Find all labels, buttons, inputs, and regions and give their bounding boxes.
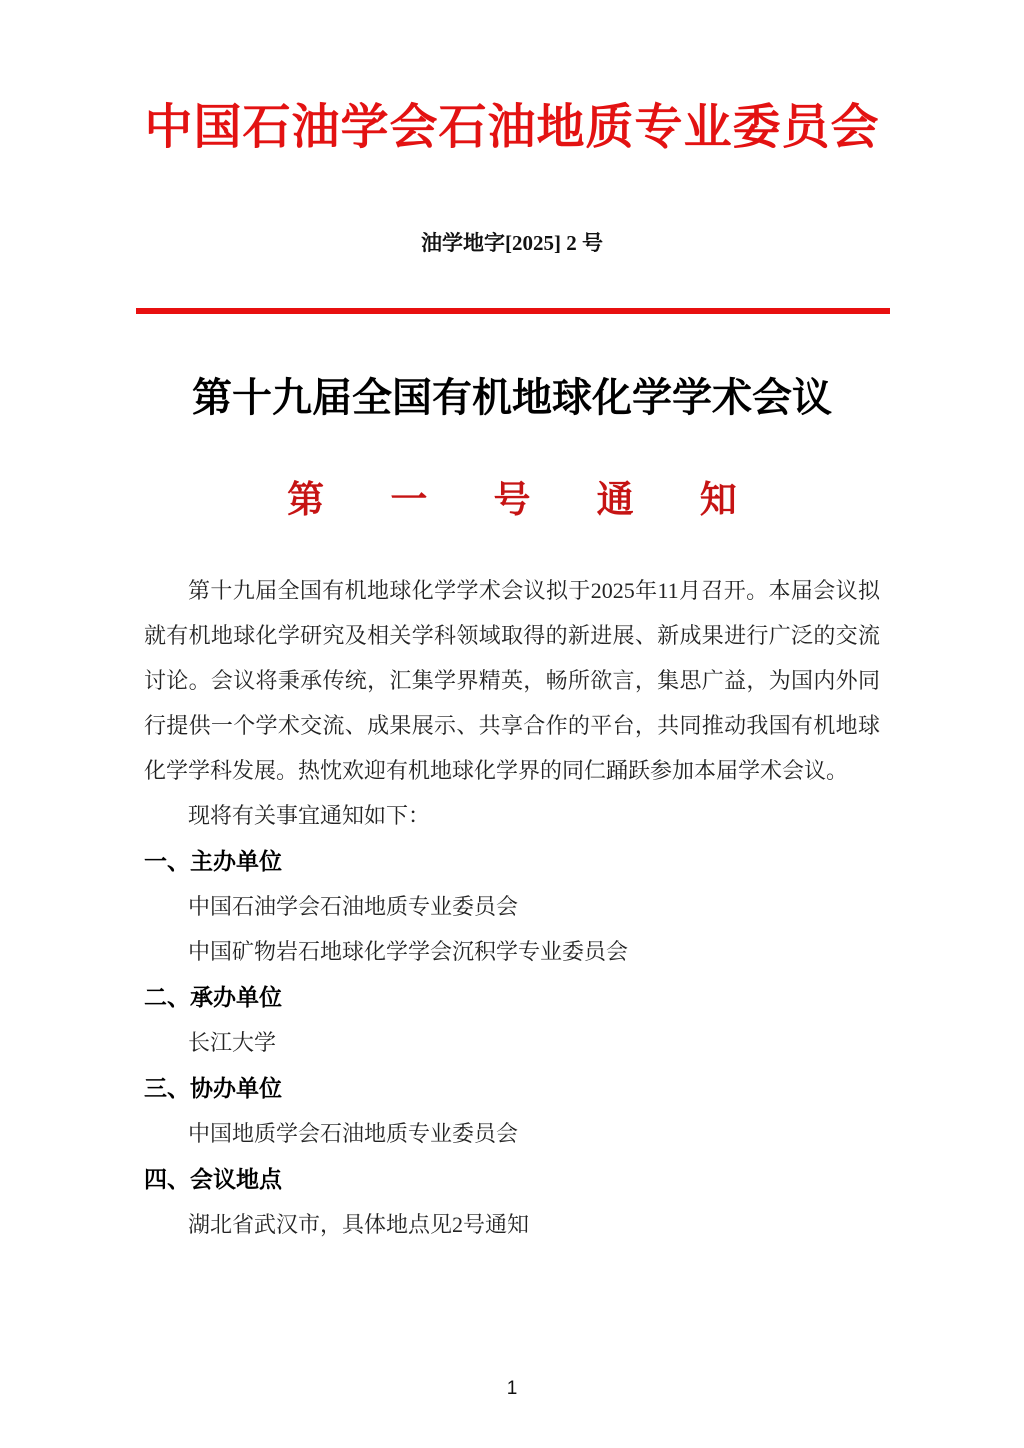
document-reference-number: 油学地字[2025] 2 号	[144, 230, 880, 256]
section-heading-organizer-unit: 二、承办单位	[144, 974, 880, 1020]
intro-paragraph: 第十九届全国有机地球化学学术会议拟于2025年11月召开。本届会议拟就有机地球化…	[144, 568, 880, 793]
follow-up-line: 现将有关事宜通知如下：	[144, 793, 880, 838]
page-number: 1	[0, 1378, 1024, 1400]
section-heading-host-units: 一、主办单位	[144, 838, 880, 884]
host-unit-item: 中国矿物岩石地球化学学会沉积学专业委员会	[144, 929, 880, 974]
notice-number-title: 第 一 号 通 知	[144, 476, 880, 522]
section-heading-conference-location: 四、会议地点	[144, 1156, 880, 1202]
section-organizer-unit: 二、承办单位 长江大学	[144, 974, 880, 1065]
conference-title: 第十九届全国有机地球化学学术会议	[144, 374, 880, 422]
co-organizer-unit-item: 中国地质学会石油地质专业委员会	[144, 1111, 880, 1156]
conference-location-item: 湖北省武汉市，具体地点见2号通知	[144, 1202, 880, 1247]
section-host-units: 一、主办单位 中国石油学会石油地质专业委员会 中国矿物岩石地球化学学会沉积学专业…	[144, 838, 880, 974]
section-co-organizer-unit: 三、协办单位 中国地质学会石油地质专业委员会	[144, 1065, 880, 1156]
document-page: 中国石油学会石油地质专业委员会 油学地字[2025] 2 号 第十九届全国有机地…	[0, 0, 1024, 1448]
organizer-unit-item: 长江大学	[144, 1020, 880, 1065]
section-heading-co-organizer-unit: 三、协办单位	[144, 1065, 880, 1111]
organization-letterhead-title: 中国石油学会石油地质专业委员会	[144, 98, 880, 158]
host-unit-item: 中国石油学会石油地质专业委员会	[144, 884, 880, 929]
letterhead-red-divider	[136, 308, 890, 314]
section-conference-location: 四、会议地点 湖北省武汉市，具体地点见2号通知	[144, 1156, 880, 1247]
